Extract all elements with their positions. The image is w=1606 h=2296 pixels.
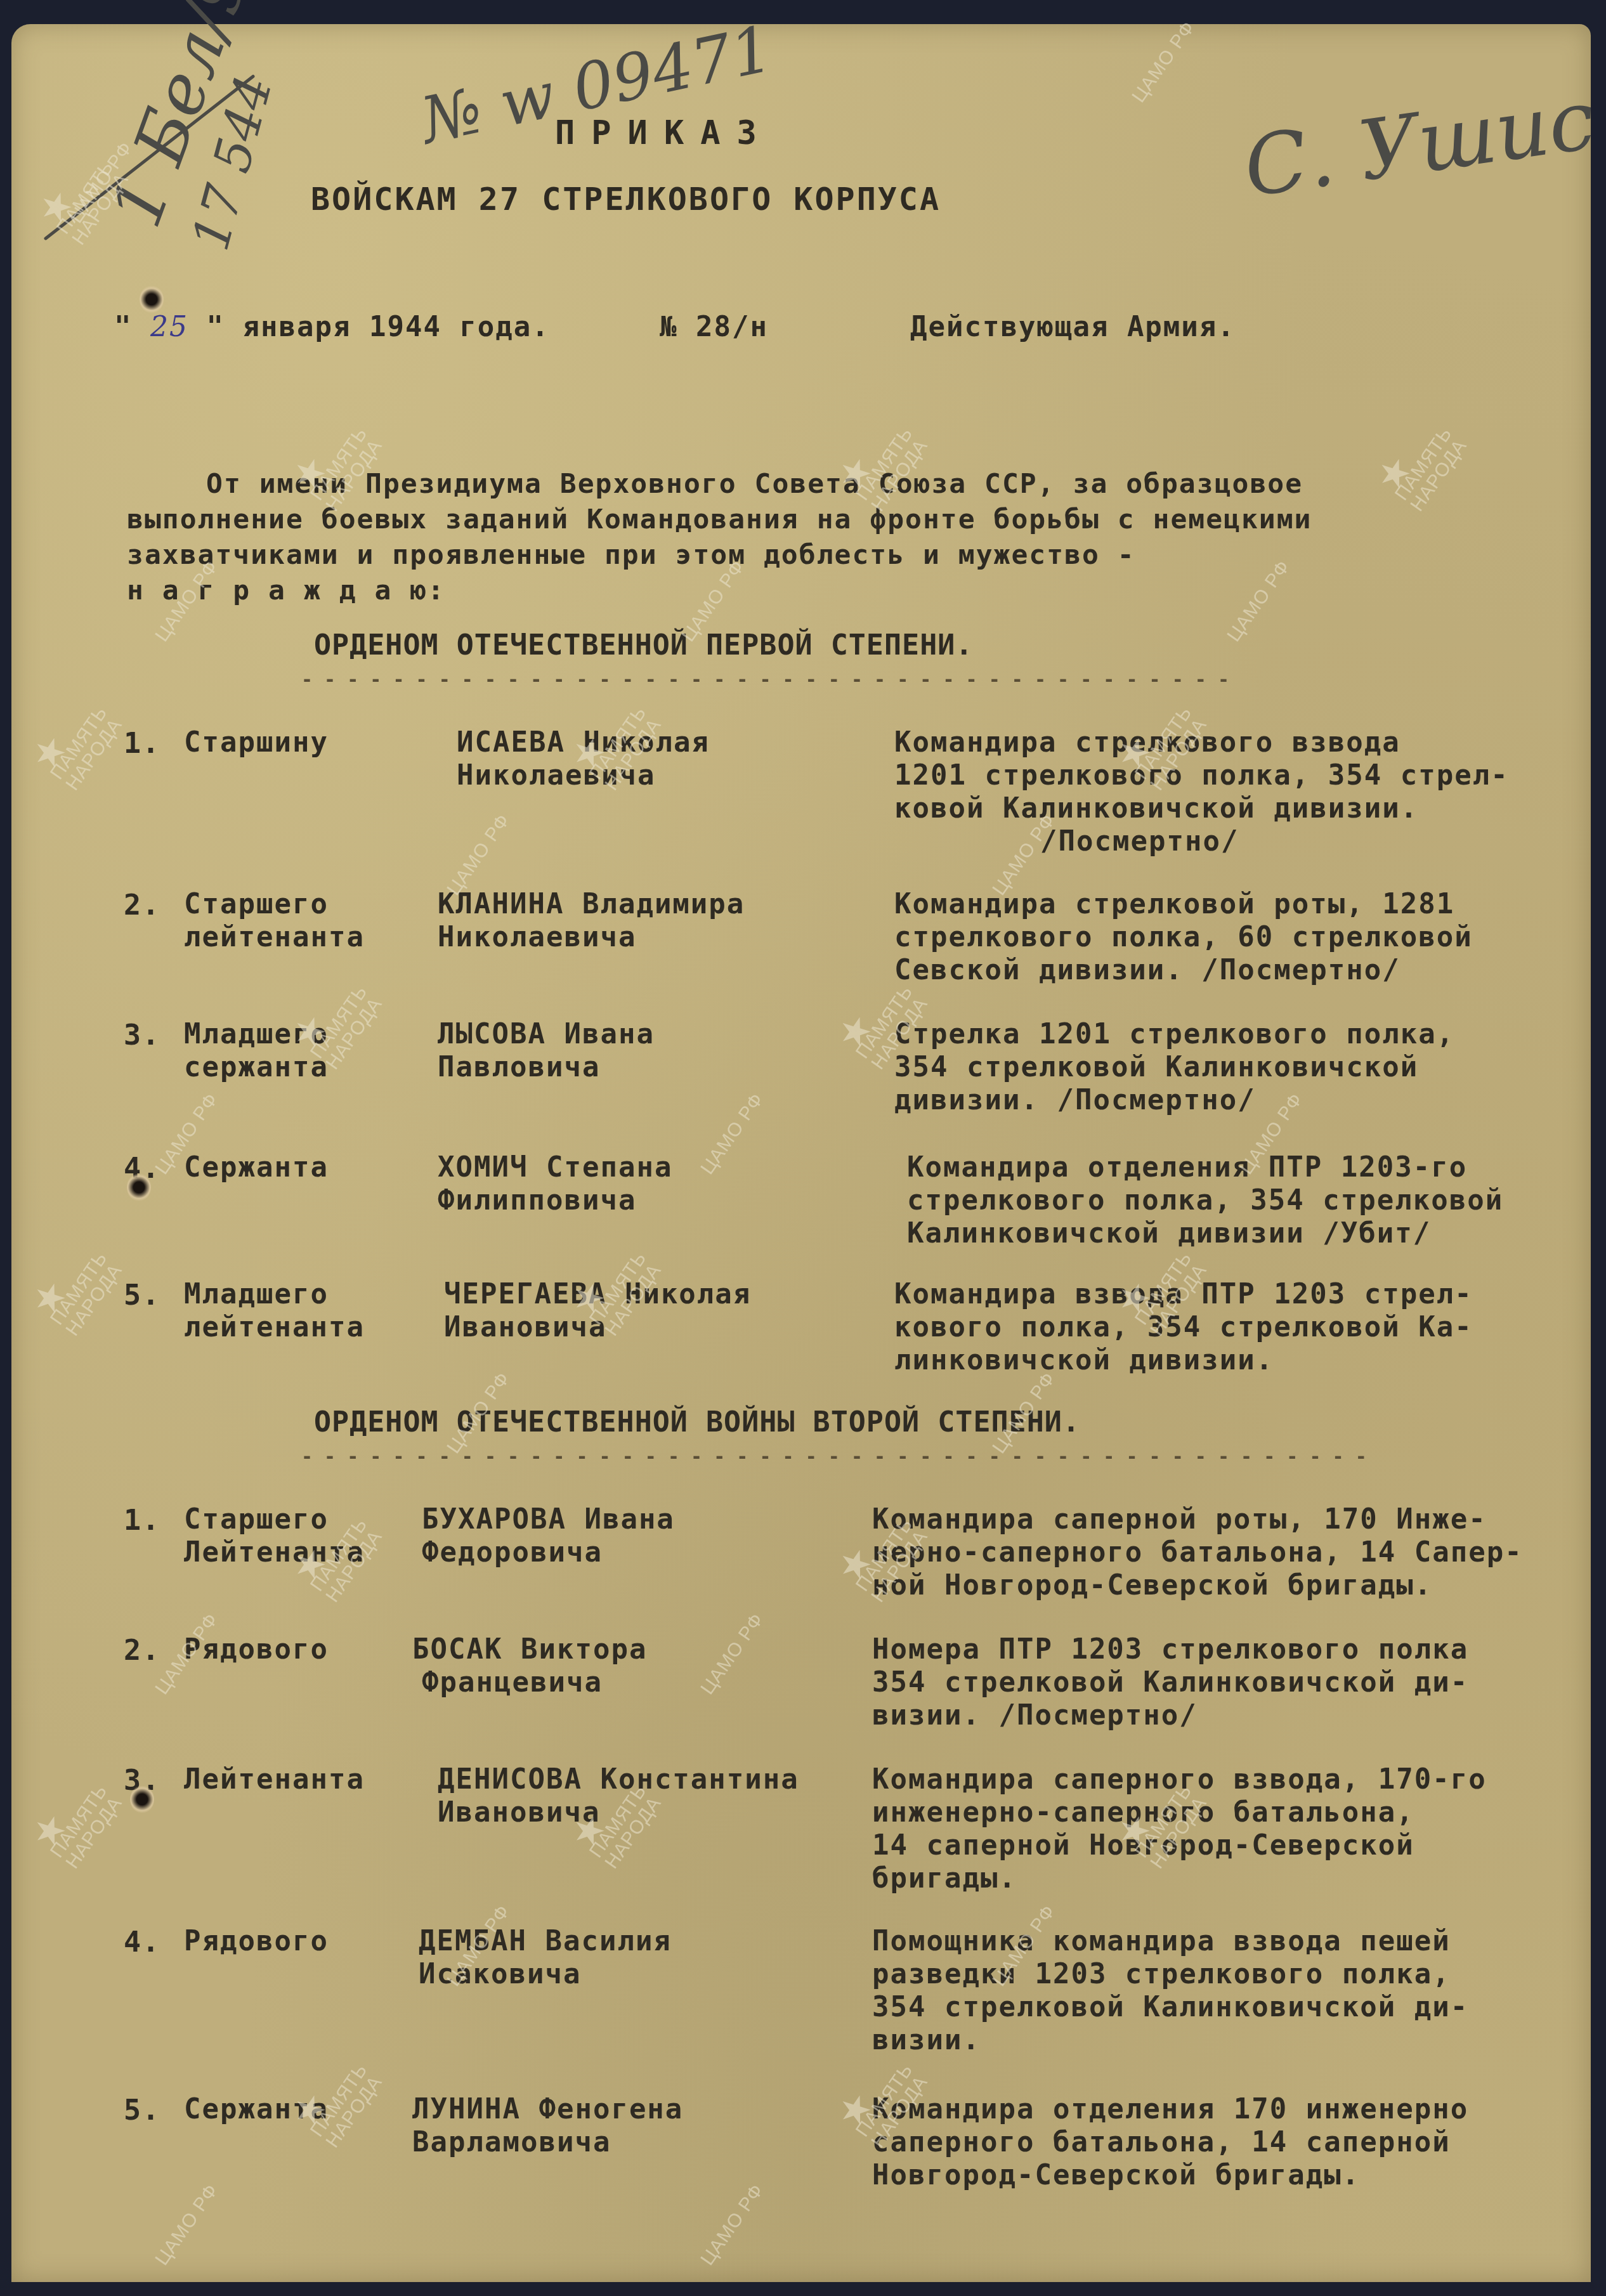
punch-hole: [130, 1785, 154, 1813]
date-day-handwritten: 25: [150, 311, 188, 343]
entry-description: Командира стрелкового взвода1201 стрелко…: [894, 726, 1509, 858]
entry-name: ЛЫСОВА ИванаПавловича: [438, 1018, 655, 1084]
punch-hole: [127, 1173, 151, 1201]
entry-description: Командира стрелковой роты, 1281стрелково…: [894, 888, 1473, 987]
entry-number: 3.: [124, 1018, 160, 1052]
section-underline-1: - - - - - - - - - - - - - - - - - - - - …: [301, 669, 1229, 691]
entry-rank: Старшеголейтенанта: [184, 888, 365, 954]
entry-number: 5.: [124, 1278, 160, 1312]
entry-number: 1.: [124, 1503, 160, 1537]
section-heading-1: ОРДЕНОМ ОТЕЧЕСТВЕННОЙ ПЕРВОЙ СТЕПЕНИ.: [314, 628, 973, 662]
entry-description: Номера ПТР 1203 стрелкового полка354 стр…: [872, 1633, 1468, 1732]
entry-number: 2.: [124, 888, 160, 922]
entry-name: БОСАК ВиктораФранцевича: [412, 1633, 647, 1699]
entry-description: Помощника командира взвода пешейразведки…: [872, 1925, 1468, 2057]
document-subtitle: ВОЙСКАМ 27 СТРЕЛКОВОГО КОРПУСА: [311, 181, 941, 218]
punch-hole: [140, 285, 164, 313]
date-open-quote: ": [114, 311, 133, 343]
entry-name: БУХАРОВА ИванаФедоровича: [422, 1503, 675, 1569]
entry-name: КЛАНИНА ВладимираНиколаевича: [438, 888, 745, 954]
preamble-line: выполнение боевых заданий Командования н…: [127, 502, 1312, 537]
order-number: № 28/н: [660, 311, 768, 343]
entry-description: Командира саперной роты, 170 Инже-нерно-…: [872, 1503, 1523, 1602]
order-place: Действующая Армия.: [910, 311, 1236, 343]
preamble-line: захватчиками и проявленные при этом добл…: [127, 537, 1312, 573]
entry-number: 4.: [124, 1925, 160, 1959]
entry-rank: Рядового: [184, 1925, 329, 1958]
entry-description: Командира отделения ПТР 1203-гострелково…: [907, 1151, 1503, 1250]
entry-description: Командира отделения 170 инженерносаперно…: [872, 2093, 1468, 2192]
section-heading-2: ОРДЕНОМ ОТЕЧЕСТВЕННОЙ ВОЙНЫ ВТОРОЙ СТЕПЕ…: [314, 1405, 1080, 1438]
entry-number: 5.: [124, 2093, 160, 2127]
entry-rank: Лейтенанта: [184, 1763, 365, 1796]
entry-rank: Старшину: [184, 726, 329, 759]
document-title: ПРИКАЗ: [555, 114, 773, 152]
date-line: " 25 " января 1944 года.: [114, 311, 550, 343]
entry-name: ЛУНИНА ФеногенаВарламовича: [412, 2093, 683, 2159]
entry-name: ХОМИЧ СтепанаФилипповича: [438, 1151, 672, 1217]
entry-number: 1.: [124, 726, 160, 760]
entry-number: 2.: [124, 1633, 160, 1667]
entry-rank: Сержанта: [184, 1151, 329, 1184]
entry-rank: Младшеголейтенанта: [184, 1278, 365, 1344]
date-month-year: " января 1944 года.: [207, 311, 550, 343]
entry-description: Стрелка 1201 стрелкового полка,354 стрел…: [894, 1018, 1454, 1117]
